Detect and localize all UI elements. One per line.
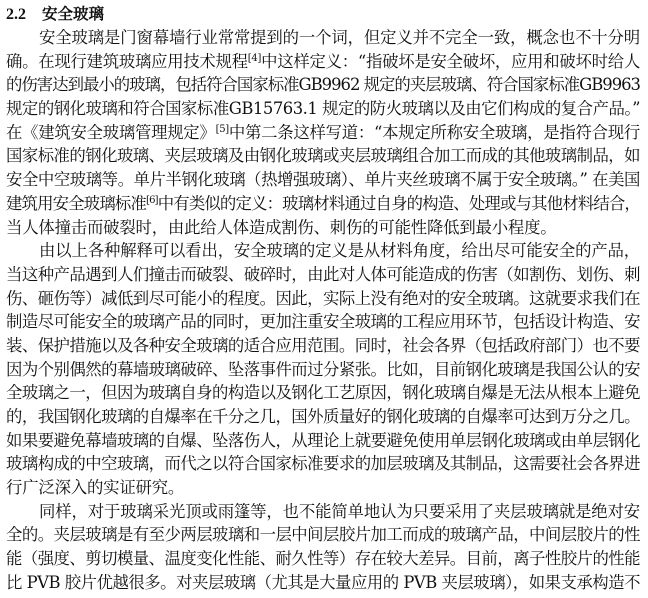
text-segment: 建筑用安全玻璃标准 bbox=[6, 194, 146, 213]
text-segment: 中有类似的定义：玻璃材料通过自身的构造、处理或与其他材料结合， bbox=[158, 194, 640, 213]
text-line: 的伤害达到最小的玻璃，包括符合国家标准GB9962 规定的夹层玻璃、符合国家标准… bbox=[6, 73, 640, 97]
section-title: 安全玻璃 bbox=[42, 5, 104, 23]
text-line: 因为个别偶然的幕墙玻璃破碎、坠落事件而过分紧张。比如，目前钢化玻璃是我国公认的安 bbox=[6, 358, 640, 382]
text-line: 全的。夹层玻璃是有至少两层玻璃和一层中间层胶片加工而成的玻璃产品，中间层胶片的性 bbox=[6, 523, 640, 547]
paragraph-laminated-glass: 同样，对于玻璃采光顶或雨篷等，也不能简单地认为只要采用了夹层玻璃就是绝对安 全的… bbox=[6, 500, 640, 595]
text-line: 当这种产品遇到人们撞击而破裂、破碎时，由此对人体可能造成的伤害（如割伤、划伤、刺 bbox=[6, 263, 640, 287]
citation-ref: [4] bbox=[248, 53, 261, 64]
text-line: 在《建筑安全玻璃管理规定》[5]中第二条这样写道：“本规定所称安全玻璃，是指符合… bbox=[6, 121, 640, 145]
text-line: 国家标准的钢化玻璃、夹层玻璃及由钢化玻璃或夹层玻璃组合加工而成的其他玻璃制品，如 bbox=[6, 144, 640, 168]
text-line: 当人体撞击而破裂时，由此给人体造成割伤、刺伤的可能性降低到最小程度。 bbox=[6, 216, 640, 240]
text-line: 全玻璃之一，但因为玻璃自身的构造以及钢化工艺原因，钢化玻璃自爆是无法从根本上避免 bbox=[6, 381, 640, 405]
text-line: 安全中空玻璃等。单片半钢化玻璃（热增强玻璃）、单片夹丝玻璃不属于安全玻璃。” 在… bbox=[6, 168, 640, 192]
section-number: 2.2 bbox=[6, 3, 42, 27]
text-segment: 中这样定义：“指破坏是安全破坏，应用和破坏时给人 bbox=[261, 52, 640, 71]
section-heading: 2.2安全玻璃 bbox=[6, 2, 640, 26]
text-line: 伤、砸伤等）减低到尽可能小的程度。因此，实际上没有绝对的安全玻璃。这就要求我们在 bbox=[6, 287, 640, 311]
citation-ref: [5] bbox=[216, 124, 229, 135]
text-line: 确。在现行建筑玻璃应用技术规程[4]中这样定义：“指破坏是安全破坏，应用和破坏时… bbox=[6, 50, 640, 74]
paragraph-analysis: 由以上各种解释可以看出，安全玻璃的定义是从材料角度，给出尽可能安全的产品， 当这… bbox=[6, 239, 640, 500]
text-line: 比 PVB 胶片优越很多。对夹层玻璃（尤其是大量应用的 PVB 夹层玻璃），如果… bbox=[6, 571, 640, 595]
text-line: 建筑用安全玻璃标准[6]中有类似的定义：玻璃材料通过自身的构造、处理或与其他材料… bbox=[6, 192, 640, 216]
paragraph-definition: 安全玻璃是门窗幕墙行业常常提到的一个词，但定义并不完全一致，概念也不十分明 确。… bbox=[6, 26, 640, 239]
text-line: 由以上各种解释可以看出，安全玻璃的定义是从材料角度，给出尽可能安全的产品， bbox=[6, 239, 640, 263]
text-segment: 在《建筑安全玻璃管理规定》 bbox=[6, 123, 216, 142]
text-line: 能（强度、剪切模量、温度变化性能、耐久性等）存在较大差异。目前，离子性胶片的性能 bbox=[6, 547, 640, 571]
text-line: 的，我国钢化玻璃的自爆率在千分之几，国外质量好的钢化玻璃的自爆率可达到万分之几。 bbox=[6, 405, 640, 429]
text-line: 玻璃构成的中空玻璃，而代之以符合国家标准要求的加层玻璃及其制品，这需要社会各界进 bbox=[6, 452, 640, 476]
text-segment: 中第二条这样写道：“本规定所称安全玻璃，是指符合现行 bbox=[229, 123, 640, 142]
text-line: 行广泛深入的实证研究。 bbox=[6, 476, 640, 500]
document-page: 2.2安全玻璃 安全玻璃是门窗幕墙行业常常提到的一个词，但定义并不完全一致，概念… bbox=[6, 2, 640, 595]
text-segment: 确。在现行建筑玻璃应用技术规程 bbox=[6, 52, 248, 71]
text-line: 装、保护措施以及各种安全玻璃的适合应用范围。同时，社会各界（包括政府部门）也不要 bbox=[6, 334, 640, 358]
text-line: 同样，对于玻璃采光顶或雨篷等，也不能简单地认为只要采用了夹层玻璃就是绝对安 bbox=[6, 500, 640, 524]
text-line: 制造尽可能安全的玻璃产品的同时，更加注重安全玻璃的工程应用环节，包括设计构造、安 bbox=[6, 310, 640, 334]
text-line: 规定的钢化玻璃和符合国家标准GB15763.1 规定的防火玻璃以及由它们构成的复… bbox=[6, 97, 640, 121]
text-line: 安全玻璃是门窗幕墙行业常常提到的一个词，但定义并不完全一致，概念也不十分明 bbox=[6, 26, 640, 50]
text-line: 如果要避免幕墙玻璃的自爆、坠落伤人，从理论上就要避免使用单层钢化玻璃或由单层钢化 bbox=[6, 429, 640, 453]
citation-ref: [6] bbox=[146, 195, 158, 206]
